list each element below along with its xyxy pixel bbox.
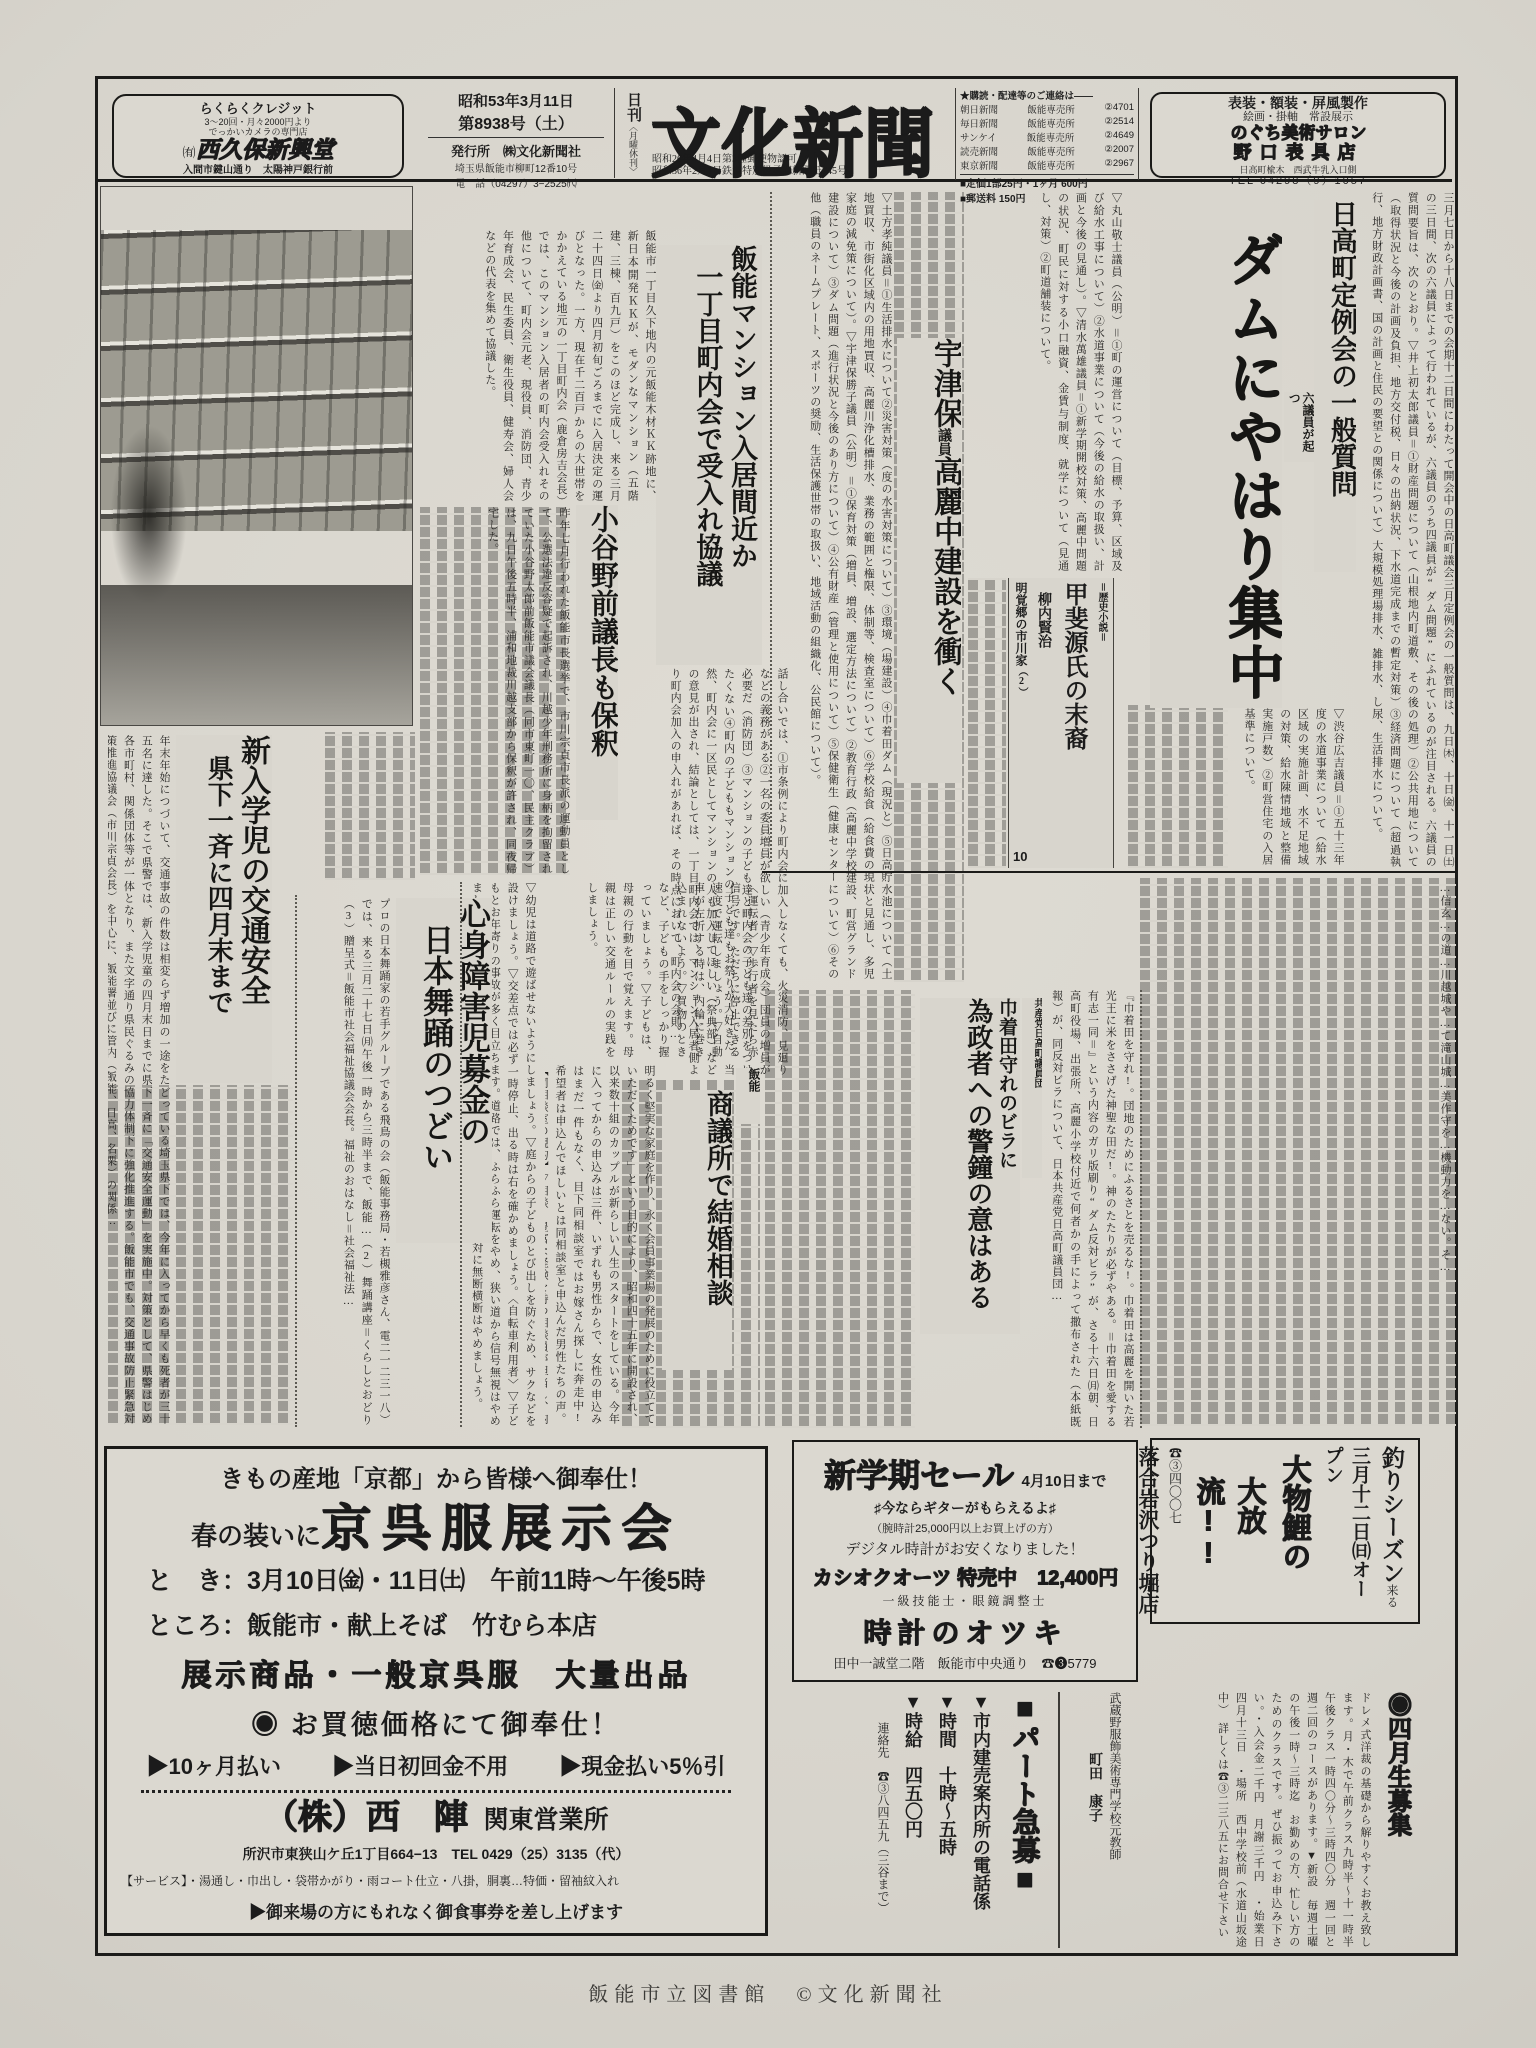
novel-tag: ＝歴史小説＝ bbox=[1094, 582, 1109, 864]
article-marriage-headline: 商議所で結婚相談 bbox=[662, 1090, 732, 1370]
kinchaku-headline-2: 為政者への警鐘の意はある bbox=[964, 998, 992, 1334]
novel-chapter-name: 明覚郷の市川家 bbox=[1014, 582, 1028, 666]
article-dam-kicker: 日高町定例会の一般質問 bbox=[1314, 200, 1356, 572]
daily-small: 〈月曜休刊〉 bbox=[628, 122, 638, 176]
subs-price-2: ■郵送料 150円 bbox=[960, 190, 1134, 205]
salon-ad-line1: 表装・額装・屏風製作 bbox=[1156, 96, 1440, 111]
watch-promo: ♯今ならギターがもらえるよ♯ bbox=[804, 1498, 1126, 1518]
fishing-season-main: 釣りシーズン bbox=[1379, 1446, 1405, 1584]
subs-row: 毎日新聞飯能専売所②2514 bbox=[960, 116, 1134, 130]
kimono-price: ◉ お買徳価格にて御奉仕！ bbox=[121, 1703, 751, 1742]
photo-road bbox=[101, 585, 412, 725]
salon-ad-line2: 絵画・掛軸 常設展示 bbox=[1156, 111, 1440, 123]
parttime-ad: ■パート急募■ ▼市内建売案内所の電話係 ▼時間 十時〜五時 ▼時給 四五〇円 … bbox=[778, 1692, 1054, 1948]
newspaper-page: 三月七日から十八日までの会期十二日間にわたって開会中の日高町議会三月定例会の一般… bbox=[0, 0, 1536, 2048]
pub-publisher: 発行所 ㈱文化新聞社 bbox=[420, 141, 612, 160]
article-safety-tips-2: 〈運転者〉▽歩行者を見たら赤信号です。ただちに停止できる速度で運転しましょう。▽… bbox=[545, 882, 760, 1058]
kimono-ad: きもの産地「京都」から皆様へ御奉仕！ 春の装いに京呉服展示会 と き：3月10日… bbox=[104, 1446, 768, 1936]
watch-line2: カシオクオーツ 特売中 12,400円 bbox=[804, 1561, 1126, 1590]
kimono-divider bbox=[141, 1790, 731, 1793]
article-mansion-headlines: 飯能マンション入居間近か 一丁目町内会で受入れ協議 bbox=[656, 245, 762, 665]
subs-agency: 飯能専売所 bbox=[1027, 130, 1075, 144]
watch-line1: デジタル時計がお安くなりました！ bbox=[804, 1538, 1126, 1559]
kimono-note: ▶御来場の方にもれなく御食事券を差し上げます bbox=[121, 1898, 751, 1923]
camera-ad-mark: ㈲ bbox=[182, 145, 195, 160]
publication-info: 昭和53年3月11日 第8938号（土） 発行所 ㈱文化新聞社 埼玉県飯能市柳町… bbox=[420, 90, 612, 178]
salon-ad-address: 日高町楡木 西武牛乳入口側 bbox=[1156, 163, 1440, 176]
novel-chapter-no: （2） bbox=[1016, 666, 1027, 697]
pub-tel: 電 話（04297）3−2525㈹ bbox=[420, 175, 612, 190]
watch-until: 4月10日まで bbox=[1022, 1470, 1107, 1491]
subs-tel: ②4701 bbox=[1104, 102, 1134, 116]
subscription-contact-box: ★購読・配達等のご連絡は—— 朝日新聞飯能専売所②4701 毎日新聞飯能専売所②… bbox=[955, 88, 1139, 180]
column-separator bbox=[295, 895, 297, 1427]
parttime-contact: 連絡先 ☎③八四五九（三谷まで） bbox=[875, 1692, 892, 1948]
pub-address: 埼玉県飯能市柳町12番10号 bbox=[420, 160, 612, 175]
camera-ad-title: らくらくクレジット bbox=[120, 98, 396, 117]
subs-agency: 飯能専売所 bbox=[1027, 102, 1075, 116]
subs-tel: ②2007 bbox=[1104, 144, 1134, 158]
article-marriage-body: 明るく堅実な家庭を作り、永く会員事業場の発展のために役立てていただくためです」と… bbox=[545, 1065, 657, 1425]
article-marriage-kicker: 飯能 bbox=[736, 1068, 760, 1124]
footer-credit: 飯能市立図書館 ©文化新聞社 bbox=[0, 1978, 1536, 2007]
novel-box: ＝歴史小説＝ 甲斐源氏の末裔 柳内賢治 明覚郷の市川家（2） 10 bbox=[1008, 578, 1114, 868]
pub-issue: 第8938号（土） bbox=[420, 111, 612, 134]
subs-tel: ②2514 bbox=[1104, 116, 1134, 130]
text-texture bbox=[968, 578, 1006, 868]
pub-date: 昭和53年3月11日 bbox=[420, 90, 612, 111]
april-school: 武蔵野服飾美術専門学校元教師 bbox=[1107, 1692, 1124, 1948]
parttime-job: ▼市内建売案内所の電話係 bbox=[968, 1692, 994, 1948]
safety-headline-2: 県下一斉に四月末まで bbox=[205, 735, 233, 1083]
approval-1: 昭和26年4月4日第3種郵便物認可 bbox=[652, 154, 952, 166]
camera-ad-address: 入間市鍵山通り 太陽神戸銀行前 bbox=[120, 161, 396, 176]
kinchaku-headline-1: 巾着田守れのビラに bbox=[996, 998, 1016, 1334]
article-safety-headlines: 新入学児の交通安全 県下一斉に四月末まで bbox=[176, 735, 272, 1083]
fishing-tel: ☎③四〇〇七 bbox=[1165, 1446, 1184, 1616]
subs-row: 朝日新聞飯能専売所②4701 bbox=[960, 102, 1134, 116]
april-class-ad: ◉四月生募集 ドレメ式洋裁の基礎から解りやすくお教え致します。月・木で午前クラス… bbox=[1066, 1692, 1420, 1948]
subs-tel: ②4649 bbox=[1104, 130, 1134, 144]
header-divider bbox=[614, 88, 615, 178]
novel-body-fragments: …信玄…の道…川越城や…て滝山城…美作守を…機動力を…ない。そ… bbox=[1395, 882, 1453, 1422]
fishing-big2: 大放流!! bbox=[1188, 1446, 1270, 1616]
novel-inner: ＝歴史小説＝ 甲斐源氏の末裔 柳内賢治 明覚郷の市川家（2） bbox=[1009, 578, 1113, 868]
art-salon-ad: 表装・額装・屏風製作 絵画・掛軸 常設展示 のぐち美術サロン 野口表具店 日高町… bbox=[1150, 92, 1446, 178]
novel-title: 甲斐源氏の末裔 bbox=[1056, 582, 1091, 864]
subhead-name: 宇津保 bbox=[929, 338, 961, 428]
column-separator bbox=[1140, 990, 1142, 1428]
parttime-title: ■パート急募■ bbox=[1004, 1692, 1044, 1948]
article-mansion-body1: 飯能市一丁目久下地内の元飯能木材ＫＫ跡地に、新日本開発ＫＫが、モダンなマンション… bbox=[418, 230, 658, 502]
article-dam-subhead: 宇津保議員高麗中建設を衝く bbox=[897, 338, 961, 783]
article-dance-headlines: 心身障害児募金の 日本舞踊のつどい bbox=[396, 898, 492, 1243]
column-separator bbox=[460, 882, 462, 1427]
mansion-headline-2: 一丁目町内会で受入れ協議 bbox=[693, 245, 722, 665]
kimono-lead: 春の装いに bbox=[191, 1521, 321, 1551]
watch-name: 時計のオツキ bbox=[804, 1611, 1126, 1651]
fishing-season-small: 来る bbox=[1385, 1584, 1399, 1608]
fishing-big1: 大物鯉の bbox=[1274, 1446, 1315, 1616]
daily-big: 日刊 bbox=[625, 92, 642, 122]
article-dam-headline: ダムにやはり集中 bbox=[1150, 230, 1282, 708]
subs-row: 東京新聞飯能専売所②2967 bbox=[960, 158, 1134, 172]
article-dam-lead: 三月七日から十八日までの会期十二日間にわたって開会中の日高町議会三月定例会の一般… bbox=[1350, 192, 1456, 868]
bottom-divider bbox=[1058, 1692, 1060, 1948]
kimono-term-2: ▶当日初回金不用 bbox=[332, 1750, 508, 1781]
subs-title: ★購読・配達等のご連絡は—— bbox=[960, 88, 1134, 102]
approval-2: 昭和36年2月1日鉄道特別扱承認新聞紙745号 bbox=[652, 166, 952, 178]
salon-ad-name1: のぐち美術サロン bbox=[1156, 123, 1440, 143]
watch-address: 田中一誠堂二階 飯能市中央通り ☎❸5779 bbox=[804, 1653, 1126, 1672]
watch-promo-note: （腕時計25,000円以上お買上げの方） bbox=[804, 1520, 1126, 1536]
pub-divider bbox=[428, 137, 604, 138]
subs-paper: 東京新聞 bbox=[960, 158, 998, 172]
fishing-season: 釣りシーズン来る bbox=[1376, 1446, 1409, 1616]
novel-installment: 10 bbox=[1013, 849, 1027, 864]
watch-shop-ad: 新学期セール 4月10日まで ♯今ならギターがもらえるよ♯ （腕時計25,000… bbox=[792, 1440, 1138, 1682]
article-koyano-headline: 小谷野前議長も保釈 bbox=[576, 505, 618, 820]
april-title: ◉四月生募集 bbox=[1379, 1692, 1414, 1948]
section-rule bbox=[762, 871, 1456, 873]
salon-ad-tel: TEL 04298（9）1057 bbox=[1156, 176, 1440, 187]
subs-agency: 飯能専売所 bbox=[1027, 144, 1075, 158]
watch-quali: 一級技能士・眼鏡調整士 bbox=[804, 1592, 1126, 1609]
parttime-wage: ▼時給 四五〇円 bbox=[900, 1692, 926, 1948]
kimono-top: きもの産地「京都」から皆様へ御奉仕！ bbox=[121, 1459, 751, 1494]
camera-shop-ad: らくらくクレジット 3〜20回・月々2000円より でっかいカメラの専門店 ㈲西… bbox=[112, 94, 404, 178]
kimono-title: 京呉服展示会 bbox=[321, 1500, 681, 1556]
article-kinchaku-kicker: 共産党日高町議員団 bbox=[1022, 998, 1042, 1178]
subs-row: 読売新聞飯能専売所②2007 bbox=[960, 144, 1134, 158]
fishing-open: 三月十二日㈰オープン bbox=[1319, 1446, 1373, 1616]
subs-row: サンケイ飯能専売所②4649 bbox=[960, 130, 1134, 144]
fishing-ad: 釣りシーズン来る 三月十二日㈰オープン 大物鯉の 大放流!! ☎③四〇〇七 落合… bbox=[1150, 1438, 1420, 1624]
article-dance-body: プロの日本舞踊家の若手グループである飛鳥の会（飯能事務局・若槻雅彦さん、電二一二… bbox=[300, 898, 392, 1426]
kimono-term-1: ▶10ヶ月払い bbox=[147, 1750, 281, 1781]
subs-paper: 毎日新聞 bbox=[960, 116, 998, 130]
subs-tel: ②2967 bbox=[1104, 158, 1134, 172]
fishing-shop: 落合岩沢つり堀店 bbox=[1132, 1446, 1162, 1616]
subs-price-1: ■定価1部25円・1ヶ月 600円 bbox=[960, 174, 1134, 190]
article-dam-questions-3: ▽土方孝純議員＝①生活排水について②災害対策（度の水害対策について）③環境（場建… bbox=[792, 192, 894, 980]
april-body: ドレメ式洋裁の基礎から解りやすくお教え致します。月・木で午前クラス九時半〜十一時… bbox=[1127, 1692, 1373, 1948]
text-texture bbox=[325, 732, 415, 880]
camera-ad-line1: 3〜20回・月々2000円より bbox=[120, 117, 396, 127]
article-dam-questions-1: ▽丸山敬士議員（公明）＝①町の運営について（目標、予算、区域及び給水工事について… bbox=[968, 192, 1124, 572]
fishing-inner: 釣りシーズン来る 三月十二日㈰オープン 大物鯉の 大放流!! ☎③四〇〇七 落合… bbox=[1158, 1446, 1412, 1616]
article-koyano-body: 昨年七月行われた飯能市長選挙で、市川宗貞市長派の運動員として、公選法違反容疑で起… bbox=[420, 507, 572, 875]
novel-author: 柳内賢治 bbox=[1033, 582, 1053, 864]
article-dam-kicker-sub: 六議員が起つ bbox=[1284, 392, 1314, 462]
kimono-terms: ▶10ヶ月払い ▶当日初回金不用 ▶現金払い5％引 bbox=[121, 1750, 751, 1781]
kimono-term-3: ▶現金払い5％引 bbox=[559, 1750, 725, 1781]
article-kinchaku-headlines: 巾着田守れのビラに 為政者への警鐘の意はある bbox=[920, 998, 1020, 1334]
salon-ad-name2: 野口表具店 bbox=[1156, 143, 1440, 163]
subs-agency: 飯能専売所 bbox=[1027, 116, 1075, 130]
daily-label: 日刊〈月曜休刊〉 bbox=[618, 92, 644, 178]
article-safety-body: 年末年始につづいて、交通事故の件数は相変らず増加の一途をたどっている埼玉県下では… bbox=[108, 735, 172, 1425]
column-separator bbox=[770, 192, 772, 862]
apartment-photo bbox=[100, 186, 413, 726]
kimono-branch: 関東営業所 bbox=[484, 1806, 609, 1834]
watch-title: 新学期セール bbox=[823, 1450, 1013, 1496]
subhead-title: 議員 bbox=[937, 428, 953, 456]
novel-chapter: 明覚郷の市川家（2） bbox=[1013, 582, 1030, 864]
subs-paper: サンケイ bbox=[960, 130, 997, 144]
mansion-headline-1: 飯能マンション入居間近か bbox=[727, 245, 756, 665]
kimono-where: ところ：飯能市・献上そば 竹むら本店 bbox=[121, 1606, 751, 1642]
kimono-items: 展示商品・一般京呉服 大量出品 bbox=[121, 1650, 751, 1694]
approval-lines: 昭和26年4月4日第3種郵便物認可 昭和36年2月1日鉄道特別扱承認新聞紙745… bbox=[652, 154, 952, 178]
kimono-services: 【サービス】・湯通し・巾出し・袋帯かがり・雨コート仕立・八掛，胴裏…特価・留袖紋… bbox=[121, 1872, 751, 1889]
kimono-when: と き：3月10日㈮・11日㈯ 午前11時〜午後5時 bbox=[121, 1561, 751, 1597]
kimono-address: 所沢市東狭山ケ丘1丁目664−13 TEL 0429（25）3135（代） bbox=[121, 1844, 751, 1864]
subs-agency: 飯能専売所 bbox=[1027, 158, 1075, 172]
article-kinchaku-body: 『巾着田を守れ!。団地のためにふるさとを売るな!。巾着田は高麗を開いた若光王に米… bbox=[1046, 990, 1136, 1428]
masthead: 文化新聞 bbox=[650, 84, 950, 160]
safety-headline-1: 新入学児の交通安全 bbox=[236, 735, 268, 1083]
subhead-rest: 高麗中建設を衝く bbox=[929, 456, 961, 696]
kimono-company: （株）西 陣 bbox=[263, 1799, 467, 1836]
subs-paper: 読売新聞 bbox=[960, 144, 998, 158]
dance-headline-2: 日本舞踊のつどい bbox=[418, 898, 451, 1243]
subs-paper: 朝日新聞 bbox=[960, 102, 998, 116]
parttime-hours: ▼時間 十時〜五時 bbox=[934, 1692, 960, 1948]
article-dam-questions-2: ▽渋谷広吉議員＝①五十三年度の水道事業について（給水区域の実施計画、水不足地域の… bbox=[1128, 708, 1346, 866]
april-teacher: 町田 康子 bbox=[1084, 1692, 1104, 1948]
camera-ad-name: 西久保新興堂 bbox=[196, 136, 334, 162]
